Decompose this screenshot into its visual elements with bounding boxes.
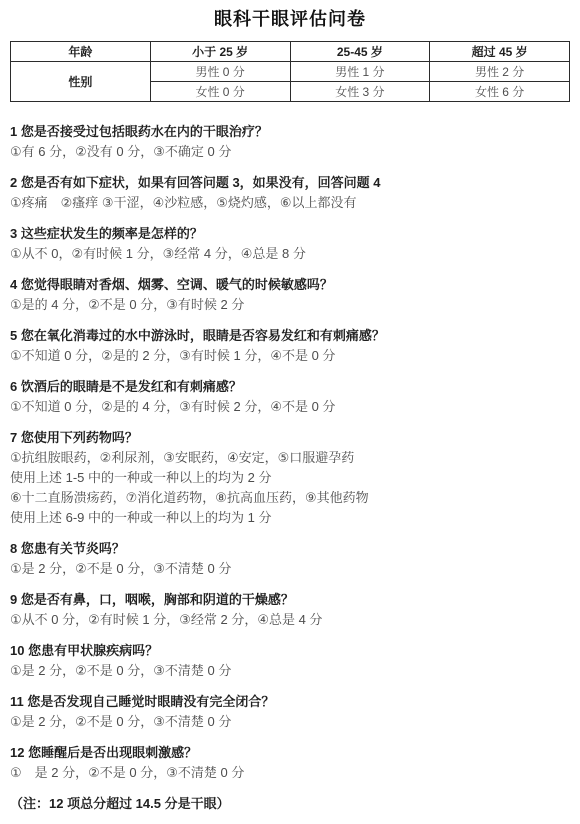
question-heading: 10 您患有甲状腺疾病吗？ <box>10 641 570 661</box>
question-options: ①是的 4 分，②不是 0 分，③有时候 2 分 <box>10 295 570 315</box>
question-block-9: 9 您是否有鼻，口，咽喉，胸部和阴道的干燥感？ ①从不 0 分，②有时候 1 分… <box>10 590 570 630</box>
question-options: ①是 2 分，②不是 0 分，③不清楚 0 分 <box>10 712 570 732</box>
question-options: ①从不 0 分，②有时候 1 分，③经常 2 分，④总是 4 分 <box>10 610 570 630</box>
footer-note: （注：12 项总分超过 14.5 分是干眼） <box>10 794 570 814</box>
question-heading: 7 您使用下列药物吗？ <box>10 428 570 448</box>
table-cell: 男性 2 分 <box>430 62 570 82</box>
question-block-11: 11 您是否发现自己睡觉时眼睛没有完全闭合？ ①是 2 分，②不是 0 分，③不… <box>10 692 570 732</box>
question-options: ① 是 2 分，②不是 0 分，③不清楚 0 分 <box>10 763 570 783</box>
question-options: 使用上述 6-9 中的一种或一种以上的均为 1 分 <box>10 508 570 528</box>
question-options: ①是 2 分，②不是 0 分，③不清楚 0 分 <box>10 661 570 681</box>
question-block-5: 5 您在氧化消毒过的水中游泳时，眼睛是否容易发红和有刺痛感？ ①不知道 0 分，… <box>10 326 570 366</box>
question-block-3: 3 这些症状发生的频率是怎样的？ ①从不 0，②有时候 1 分，③经常 4 分，… <box>10 224 570 264</box>
page-title: 眼科干眼评估问卷 <box>10 7 570 31</box>
question-heading: 1 您是否接受过包括眼药水在内的干眼治疗？ <box>10 122 570 142</box>
question-heading: 5 您在氧化消毒过的水中游泳时，眼睛是否容易发红和有刺痛感？ <box>10 326 570 346</box>
question-heading: 4 您觉得眼睛对香烟、烟雾、空调、暖气的时候敏感吗？ <box>10 275 570 295</box>
question-block-2: 2 您是否有如下症状，如果有回答问题 3，如果没有，回答问题 4 ①疼痛 ②瘙痒… <box>10 173 570 213</box>
table-row-label-gender: 性别 <box>11 62 151 102</box>
question-options: ①从不 0，②有时候 1 分，③经常 4 分，④总是 8 分 <box>10 244 570 264</box>
table-cell: 女性 0 分 <box>150 82 290 102</box>
question-options: ①疼痛 ②瘙痒 ③干涩，④沙粒感，⑤烧灼感，⑥以上都没有 <box>10 193 570 213</box>
question-options: ①抗组胺眼药，②利尿剂，③安眠药，④安定，⑤口服避孕药 <box>10 448 570 468</box>
question-block-6: 6 饮酒后的眼睛是不是发红和有刺痛感？ ①不知道 0 分，②是的 4 分，③有时… <box>10 377 570 417</box>
question-block-10: 10 您患有甲状腺疾病吗？ ①是 2 分，②不是 0 分，③不清楚 0 分 <box>10 641 570 681</box>
question-options: ①不知道 0 分，②是的 2 分，③有时候 1 分，④不是 0 分 <box>10 346 570 366</box>
question-options: ①不知道 0 分，②是的 4 分，③有时候 2 分，④不是 0 分 <box>10 397 570 417</box>
question-heading: 12 您睡醒后是否出现眼刺激感？ <box>10 743 570 763</box>
question-heading: 2 您是否有如下症状，如果有回答问题 3，如果没有，回答问题 4 <box>10 173 570 193</box>
question-block-8: 8 您患有关节炎吗？ ①是 2 分，②不是 0 分，③不清楚 0 分 <box>10 539 570 579</box>
table-header-age: 年龄 <box>11 42 151 62</box>
question-block-4: 4 您觉得眼睛对香烟、烟雾、空调、暖气的时候敏感吗？ ①是的 4 分，②不是 0… <box>10 275 570 315</box>
question-options: ①有 6 分，②没有 0 分，③不确定 0 分 <box>10 142 570 162</box>
table-header-25-45: 25-45 岁 <box>290 42 430 62</box>
question-heading: 6 饮酒后的眼睛是不是发红和有刺痛感？ <box>10 377 570 397</box>
question-options: ⑥十二直肠溃疡药，⑦消化道药物，⑧抗高血压药，⑨其他药物 <box>10 488 570 508</box>
question-heading: 11 您是否发现自己睡觉时眼睛没有完全闭合？ <box>10 692 570 712</box>
table-cell: 男性 0 分 <box>150 62 290 82</box>
question-block-7: 7 您使用下列药物吗？ ①抗组胺眼药，②利尿剂，③安眠药，④安定，⑤口服避孕药 … <box>10 428 570 528</box>
table-row-male: 性别 男性 0 分 男性 1 分 男性 2 分 <box>11 62 570 82</box>
question-heading: 9 您是否有鼻，口，咽喉，胸部和阴道的干燥感？ <box>10 590 570 610</box>
question-heading: 8 您患有关节炎吗？ <box>10 539 570 559</box>
table-header-under-25: 小于 25 岁 <box>150 42 290 62</box>
question-list: 1 您是否接受过包括眼药水在内的干眼治疗？ ①有 6 分，②没有 0 分，③不确… <box>10 122 570 783</box>
score-table: 年龄 小于 25 岁 25-45 岁 超过 45 岁 性别 男性 0 分 男性 … <box>10 41 570 102</box>
table-cell: 男性 1 分 <box>290 62 430 82</box>
question-options: ①是 2 分，②不是 0 分，③不清楚 0 分 <box>10 559 570 579</box>
question-heading: 3 这些症状发生的频率是怎样的？ <box>10 224 570 244</box>
table-cell: 女性 3 分 <box>290 82 430 102</box>
question-options: 使用上述 1-5 中的一种或一种以上的均为 2 分 <box>10 468 570 488</box>
question-block-12: 12 您睡醒后是否出现眼刺激感？ ① 是 2 分，②不是 0 分，③不清楚 0 … <box>10 743 570 783</box>
table-header-over-45: 超过 45 岁 <box>430 42 570 62</box>
table-header-row: 年龄 小于 25 岁 25-45 岁 超过 45 岁 <box>11 42 570 62</box>
table-cell: 女性 6 分 <box>430 82 570 102</box>
question-block-1: 1 您是否接受过包括眼药水在内的干眼治疗？ ①有 6 分，②没有 0 分，③不确… <box>10 122 570 162</box>
